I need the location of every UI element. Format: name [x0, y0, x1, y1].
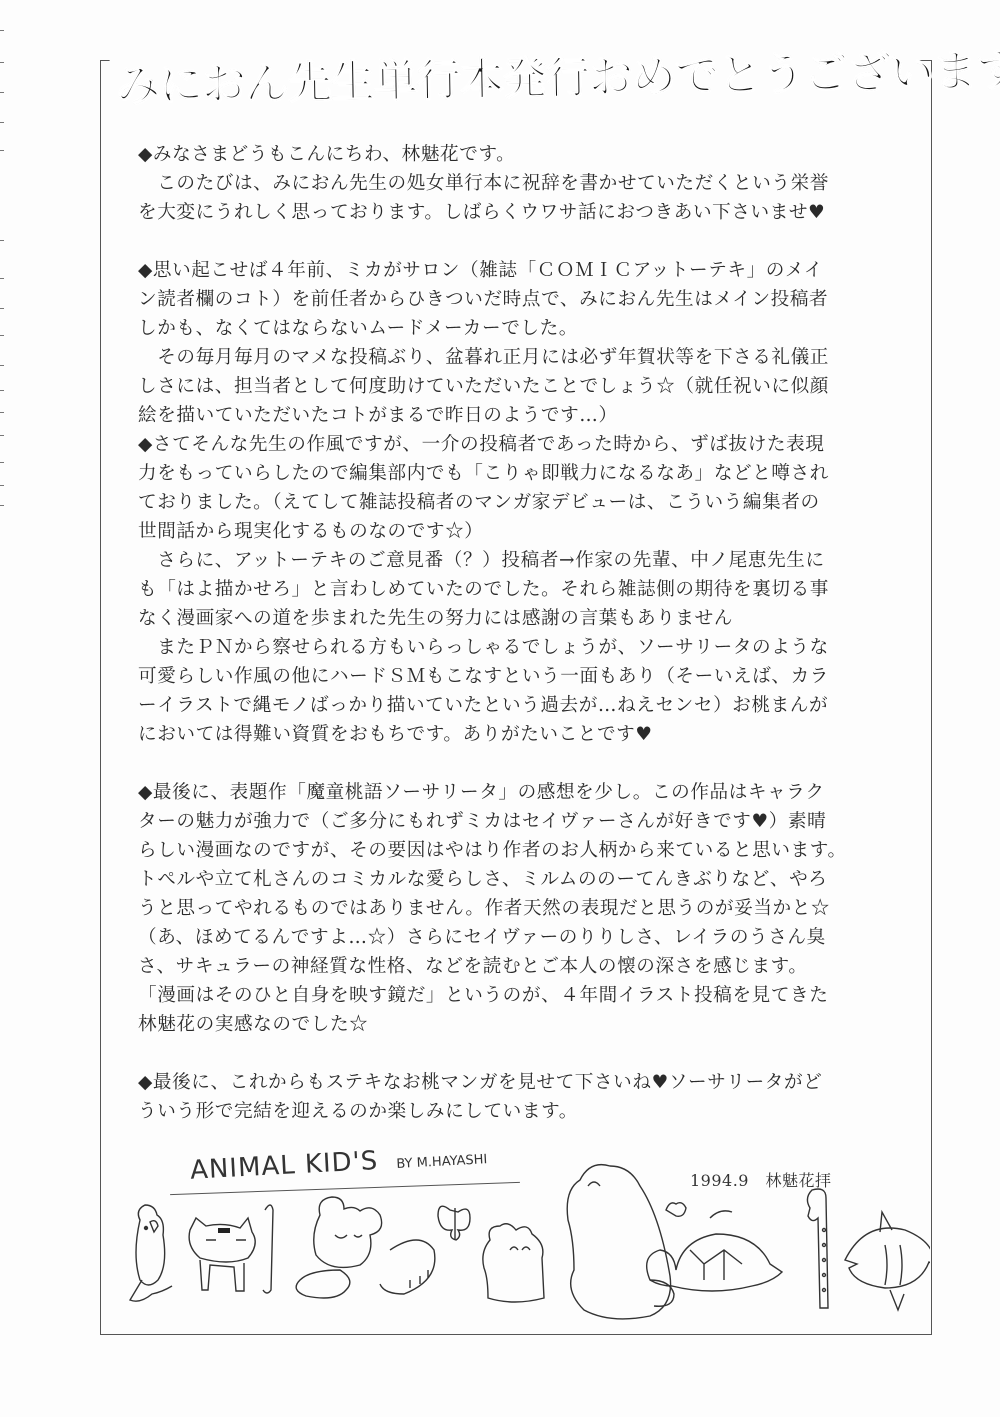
text-line: （あ、ほめてるんですよ…☆）さらにセイヴァーのりりしさ、レイラのうさん臭: [138, 923, 878, 952]
text-line: ◆思い起こせば４年前、ミカがサロン（雑誌「ＣＯＭＩＣアットーテキ」のメイ: [138, 256, 878, 285]
text-line: を大変にうれしく思っております。しばらくウワサ話におつきあい下さいませ♥: [138, 198, 878, 227]
text-line: も「はよ描かせろ」と言わしめていたのでした。それら雑誌側の期待を裏切る事: [138, 575, 878, 604]
text-line: ておりました。（えてして雑誌投稿者のマンガ家デビューは、こういう編集者の: [138, 488, 878, 517]
letter-body: ◆みなさまどうもこんにちわ、林魅花です。 このたびは、みにおん先生の処女単行本に…: [138, 140, 878, 1126]
text-line: 力をもっていらしたので編集部内でも「こりゃ即戦力になるなあ」などと噂され: [138, 459, 878, 488]
cat-icon: [189, 1205, 273, 1293]
margin-ticks: [0, 0, 6, 1417]
title-text: みにおん先生単行本発行おめでとうございます: [116, 45, 1000, 112]
text-line: さらに、アットーテキのご意見番（？）投稿者→作家の先輩、中ノ尾恵先生に: [138, 546, 878, 575]
text-line: においては得難い資質をおもちです。ありがたいことです♥: [138, 720, 878, 749]
text-line: しかも、なくてはならないムードメーカーでした。: [138, 314, 878, 343]
text-line: 林魅花の実感なのでした☆: [138, 1010, 878, 1039]
text-line: ◆最後に、これからもステキなお桃マンガを見せて下さいね♥ソーサリータがど: [138, 1068, 878, 1097]
text-line: 世間話から現実化するものなのです☆）: [138, 517, 878, 546]
text-line: 可愛らしい作風の他にハードＳＭもこなすという一面もあり（そーいえば、カラ: [138, 662, 878, 691]
text-line: うと思ってやれるものではありません。作者天然の表現だと思うのが妥当かと☆: [138, 894, 878, 923]
text-line: ン読者欄のコト）を前任者からひきついだ時点で、みにおん先生はメイン投稿者: [138, 285, 878, 314]
parrot-icon: [130, 1205, 172, 1301]
text-line: ◆さてそんな先生の作風ですが、一介の投稿者であった時から、ずば抜けた表現: [138, 430, 878, 459]
paragraph-greeting: ◆みなさまどうもこんにちわ、林魅花です。 このたびは、みにおん先生の処女単行本に…: [138, 140, 878, 227]
fish-icon: [845, 1212, 930, 1310]
text-line: このたびは、みにおん先生の処女単行本に祝辞を書かせていただくという栄誉: [138, 169, 878, 198]
page: みにおん先生単行本発行おめでとうございます♡ ◆みなさまどうもこんにちわ、林魅花…: [0, 0, 1000, 1417]
frog-icon: [483, 1224, 544, 1302]
text-line: ◆最後に、表題作「魔童桃語ソーサリータ」の感想を少し。この作品はキャラク: [138, 778, 878, 807]
text-line: なく漫画家への道を歩まれた先生の努力には感謝の言葉もありません: [138, 604, 878, 633]
text-line: トペルや立て札さんのコミカルな愛らしさ、ミルムののーてんきぶりなど、やろ: [138, 865, 878, 894]
text-line: しさには、担当者として何度助けていただいたことでしょう☆（就任祝いに似顔: [138, 372, 878, 401]
text-line: さ、サキュラーの神経質な性格、などを読むとご本人の懐の深さを感じます。: [138, 952, 878, 981]
paragraph-closing: ◆最後に、これからもステキなお桃マンガを見せて下さいね♥ソーサリータがど ういう…: [138, 1068, 878, 1126]
text-line: らしい漫画なのですが、その要因はやはり作者のお人柄から来ていると思います。: [138, 836, 878, 865]
text-line: 絵を描いていただいたコトがまるで昨日のようです…）: [138, 401, 878, 430]
text-line: ◆みなさまどうもこんにちわ、林魅花です。: [138, 140, 878, 169]
text-line: ターの魅力が強力で（ご多分にもれずミカはセイヴァーさんが好きです♥）素晴: [138, 807, 878, 836]
paragraph-impressions: ◆最後に、表題作「魔童桃語ソーサリータ」の感想を少し。この作品はキャラク ターの…: [138, 778, 878, 1039]
animal-sketches: [110, 1150, 930, 1335]
giraffe-icon: [807, 1189, 828, 1308]
page-title: みにおん先生単行本発行おめでとうございます♡: [109, 33, 920, 127]
text-line: ういう形で完結を迎えるのか楽しみにしています。: [138, 1097, 878, 1126]
butterfly-icon: [438, 1206, 470, 1240]
text-line: ーイラストで縄モノばっかり描いていたという過去が…ねえセンセ）お桃まんが: [138, 691, 878, 720]
text-line: 「漫画はそのひと自身を映す鏡だ」というのが、４年間イラスト投稿を見てきた: [138, 981, 878, 1010]
paragraph-history: ◆思い起こせば４年前、ミカがサロン（雑誌「ＣＯＭＩＣアットーテキ」のメイ ン読者…: [138, 256, 878, 749]
mouse-icon: [296, 1197, 435, 1298]
text-line: その毎月毎月のマメな投稿ぶり、盆暮れ正月には必ず年賀状等を下さる礼儀正: [138, 343, 878, 372]
bear-icon: [567, 1165, 674, 1319]
text-line: またＰＮから察せられる方もいらっしゃるでしょうが、ソーサリータのような: [138, 633, 878, 662]
turtle-icon: [647, 1203, 782, 1291]
